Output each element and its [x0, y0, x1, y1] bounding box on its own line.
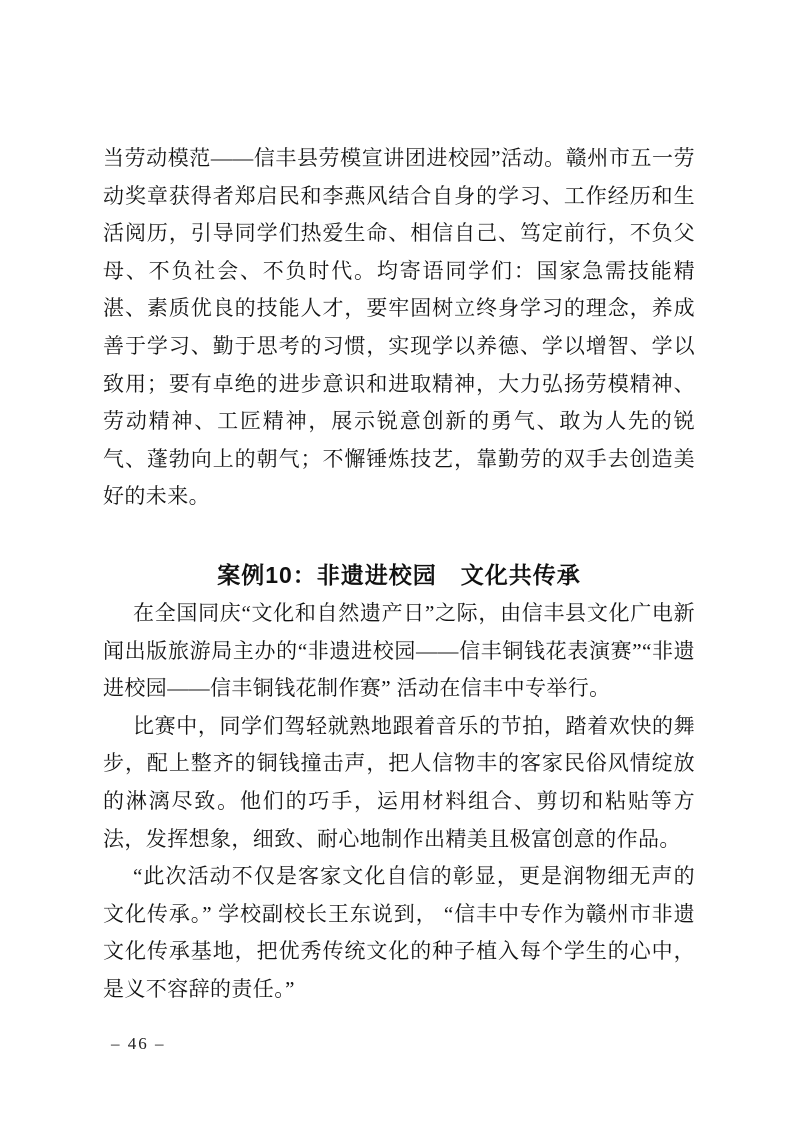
document-page: 当劳动模范——信丰县劳模宣讲团进校园”活动。赣州市五一劳动奖章获得者郑启民和李燕… — [0, 0, 794, 1123]
paragraph-event-intro: 在全国同庆“文化和自然遗产日”之际，由信丰县文化广电新闻出版旅游局主办的“非遗进… — [103, 595, 695, 708]
paragraph-competition-description: 比赛中，同学们驾轻就熟地跟着音乐的节拍，踏着欢快的舞步，配上整齐的铜钱撞击声，把… — [103, 708, 695, 858]
paragraph-principal-quote: “此次活动不仅是客家文化自信的彰显，更是润物细无声的文化传承。” 学校副校长王东… — [103, 858, 695, 1008]
page-number: – 46 – — [111, 1032, 166, 1056]
section-heading-case-10: 案例10：非遗进校园 文化共传承 — [103, 556, 695, 594]
paragraph-continued-from-previous-page: 当劳动模范——信丰县劳模宣讲团进校园”活动。赣州市五一劳动奖章获得者郑启民和李燕… — [103, 140, 695, 516]
document-content: 当劳动模范——信丰县劳模宣讲团进校园”活动。赣州市五一劳动奖章获得者郑启民和李燕… — [103, 140, 695, 1008]
